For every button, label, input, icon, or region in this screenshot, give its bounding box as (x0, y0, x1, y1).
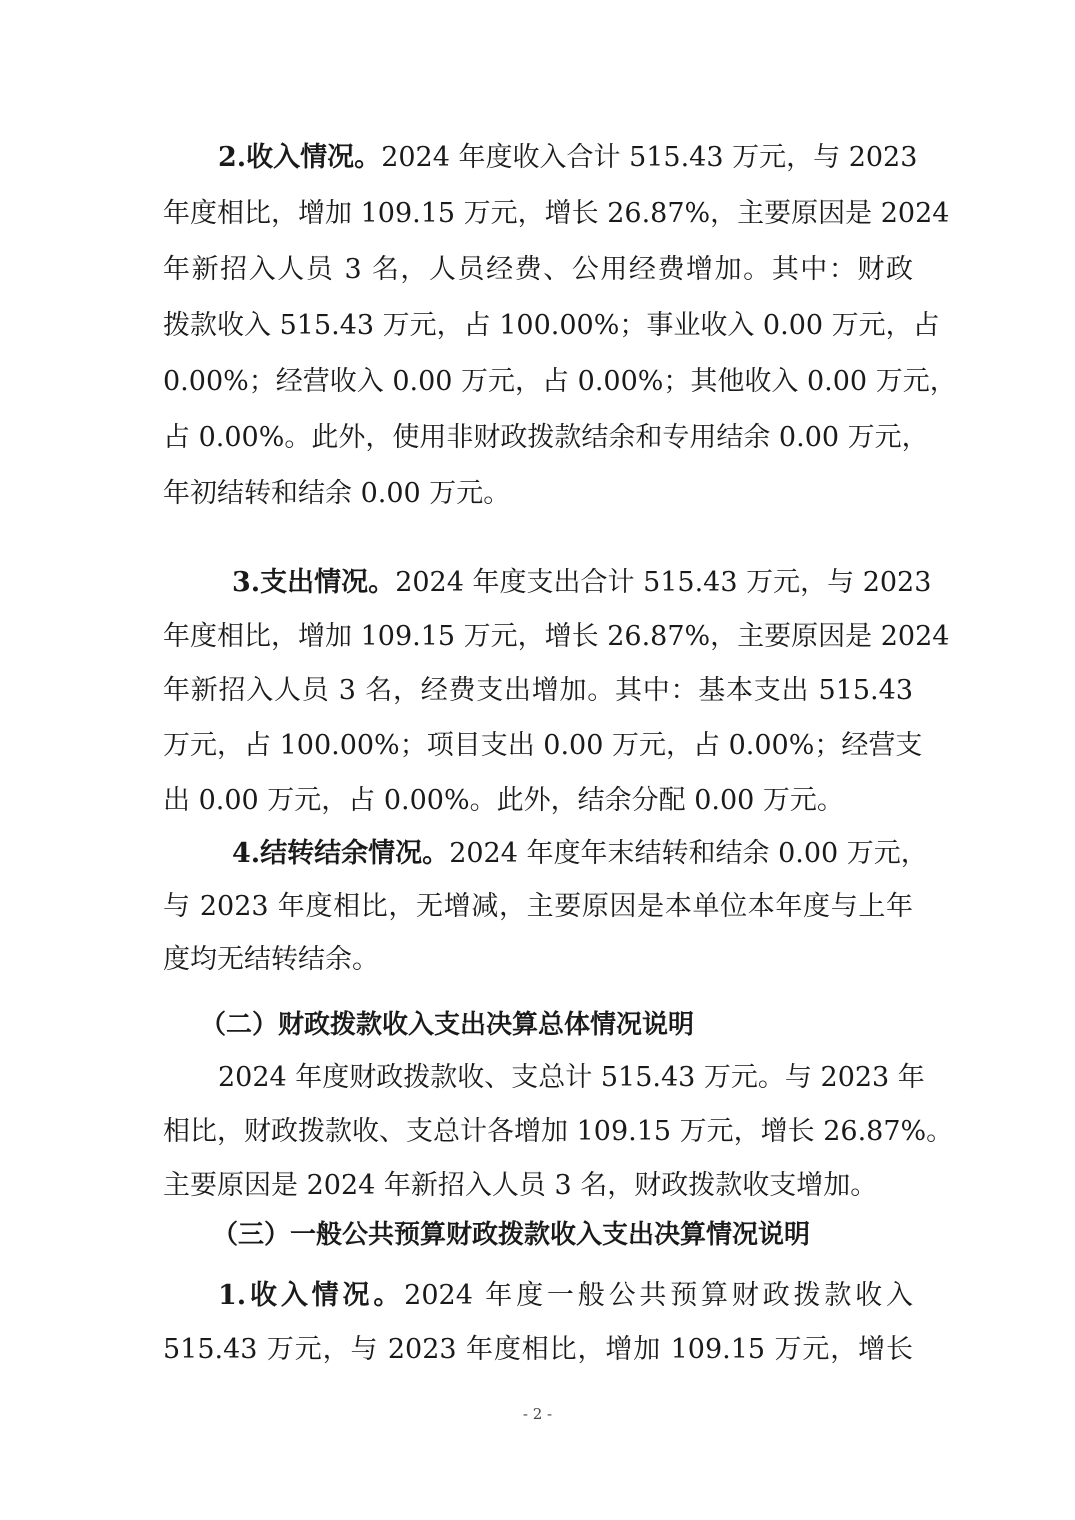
section-heading-2: （二）财政拨款收入支出决算总体情况说明 (200, 1005, 694, 1045)
section-lead-carryover: 4.结转结余情况。 (232, 838, 449, 869)
paragraph-line: 4.结转结余情况。2024 年度年末结转和结余 0.00 万元， (232, 834, 913, 874)
section-lead-general-income: 1.收入情况。 (218, 1280, 404, 1311)
paragraph-line: 拨款收入 515.43 万元，占 100.00%；事业收入 0.00 万元，占 (163, 306, 913, 346)
paragraph-line: 2.收入情况。2024 年度收入合计 515.43 万元，与 2023 (218, 138, 913, 178)
paragraph-line: 主要原因是 2024 年新招入人员 3 名，财政拨款收支增加。 (163, 1166, 913, 1206)
document-page: 2.收入情况。2024 年度收入合计 515.43 万元，与 2023 年度相比… (0, 0, 1075, 1520)
paragraph-line: 2024 年度财政拨款收、支总计 515.43 万元。与 2023 年 (218, 1058, 913, 1098)
section-lead-expenditure: 3.支出情况。 (232, 567, 395, 598)
paragraph-line: 年新招入人员 3 名，经费支出增加。其中：基本支出 515.43 (163, 671, 913, 711)
paragraph-line: 年度相比，增加 109.15 万元，增长 26.87%，主要原因是 2024 (163, 194, 913, 234)
paragraph-line: 年初结转和结余 0.00 万元。 (163, 474, 913, 514)
paragraph-line: 0.00%；经营收入 0.00 万元，占 0.00%；其他收入 0.00 万元， (163, 362, 913, 402)
section-lead-income: 2.收入情况。 (218, 142, 381, 173)
paragraph-line: 出 0.00 万元，占 0.00%。此外，结余分配 0.00 万元。 (163, 781, 913, 821)
paragraph-line: 年度相比，增加 109.15 万元，增长 26.87%，主要原因是 2024 (163, 617, 913, 657)
paragraph-line: 1.收入情况。2024 年度一般公共预算财政拨款收入 (218, 1276, 913, 1316)
paragraph-line: 3.支出情况。2024 年度支出合计 515.43 万元，与 2023 (232, 563, 913, 603)
paragraph-line: 度均无结转结余。 (163, 940, 913, 980)
section-heading-3: （三）一般公共预算财政拨款收入支出决算情况说明 (212, 1215, 810, 1255)
page-number: - 2 - (0, 1405, 1075, 1423)
paragraph-line: 515.43 万元，与 2023 年度相比，增加 109.15 万元，增长 (163, 1330, 913, 1370)
paragraph-line: 占 0.00%。此外，使用非财政拨款结余和专用结余 0.00 万元， (163, 418, 913, 458)
paragraph-line: 万元，占 100.00%；项目支出 0.00 万元，占 0.00%；经营支 (163, 726, 913, 766)
paragraph-line: 年新招入人员 3 名，人员经费、公用经费增加。其中：财政 (163, 250, 913, 290)
paragraph-line: 与 2023 年度相比，无增减，主要原因是本单位本年度与上年 (163, 887, 913, 927)
paragraph-line: 相比，财政拨款收、支总计各增加 109.15 万元，增长 26.87%。 (163, 1112, 913, 1152)
